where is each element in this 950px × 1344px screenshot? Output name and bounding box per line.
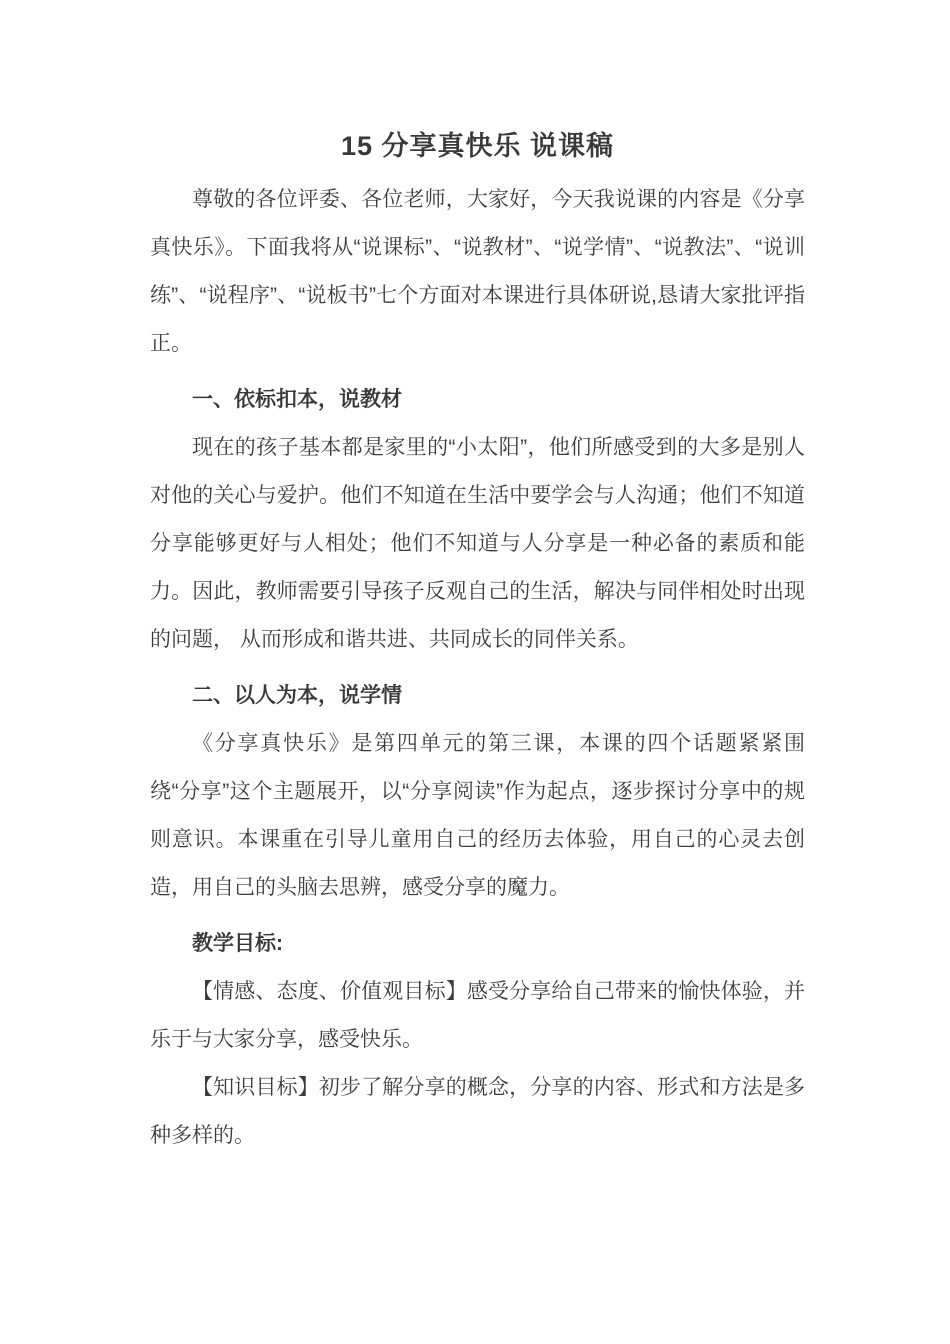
paragraph: 【情感、态度、价值观目标】感受分享给自己带来的愉快体验，并乐于与大家分享，感受快… xyxy=(150,968,805,1064)
paragraph: 尊敬的各位评委、各位老师，大家好，今天我说课的内容是《分享真快乐》。下面我将从“… xyxy=(150,176,805,368)
section-heading: 一、依标扣本，说教材 xyxy=(150,376,805,424)
section-heading: 教学目标: xyxy=(150,920,805,968)
section-heading: 二、以人为本，说学情 xyxy=(150,672,805,720)
paragraph: 《分享真快乐》是第四单元的第三课，本课的四个话题紧紧围绕“分享”这个主题展开，以… xyxy=(150,720,805,912)
paragraph: 现在的孩子基本都是家里的“小太阳”，他们所感受到的大多是别人对他的关心与爱护。他… xyxy=(150,424,805,664)
document-title: 15 分享真快乐 说课稿 xyxy=(150,122,805,170)
document-body: 尊敬的各位评委、各位老师，大家好，今天我说课的内容是《分享真快乐》。下面我将从“… xyxy=(150,176,805,1160)
document-content: 15 分享真快乐 说课稿 尊敬的各位评委、各位老师，大家好，今天我说课的内容是《… xyxy=(150,122,805,1160)
document-page: 15 分享真快乐 说课稿 尊敬的各位评委、各位老师，大家好，今天我说课的内容是《… xyxy=(0,0,950,1344)
paragraph: 【知识目标】初步了解分享的概念，分享的内容、形式和方法是多种多样的。 xyxy=(150,1064,805,1160)
